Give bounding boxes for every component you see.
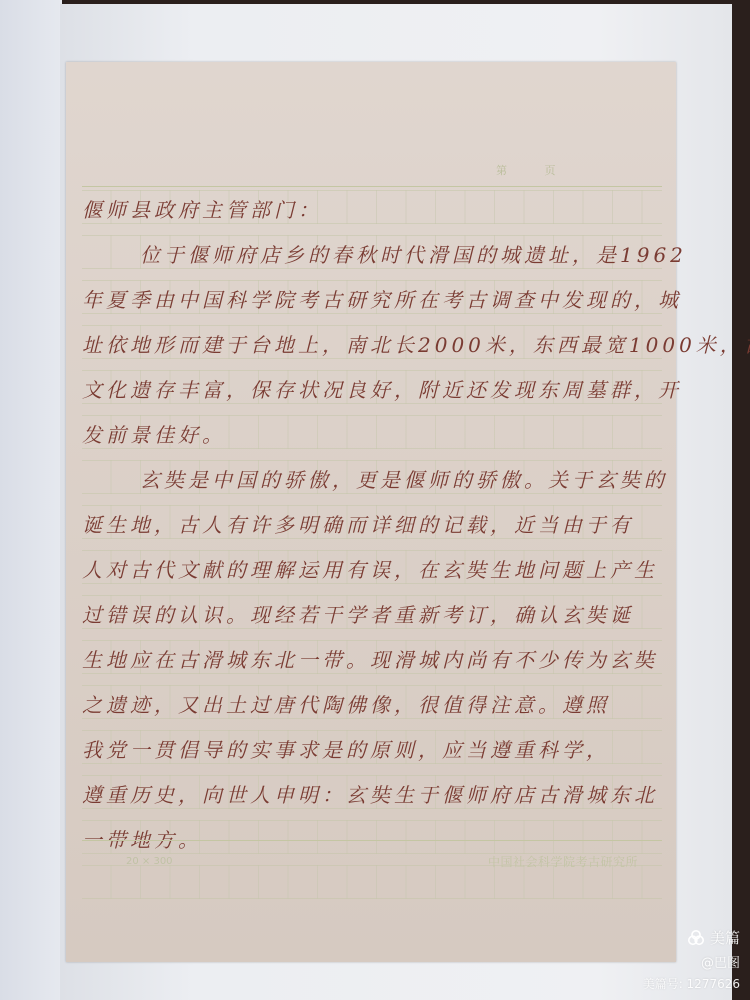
grid-row: 偃师县政府主管部门： — [82, 190, 662, 224]
grid-row: 遵重历史，向世人申明：玄奘生于偃师府店古滑城东北 — [82, 775, 662, 809]
paragraph-line: 人对古代文献的理解运用有误，在玄奘生地问题上产生 — [82, 554, 662, 583]
paragraph-line: 之遗迹，又出土过唐代陶佛像，很值得注意。遵照 — [82, 689, 662, 718]
meipian-logo-icon — [687, 929, 705, 947]
paragraph-line: 诞生地，古人有许多明确而详细的记载，近当由于有 — [82, 509, 662, 538]
paragraph-line: 生地应在古滑城东北一带。现滑城内尚有不少传为玄奘 — [82, 644, 662, 673]
grid-row: 我党一贯倡导的实事求是的原则，应当遵重科学， — [82, 730, 662, 764]
grid-row: 生地应在古滑城东北一带。现滑城内尚有不少传为玄奘 — [82, 640, 662, 674]
paragraph-line: 位于偃师府店乡的春秋时代滑国的城遗址，是1962 — [82, 239, 662, 268]
watermark-brand: 美篇 — [643, 927, 740, 948]
grid-row: 之遗迹，又出土过唐代陶佛像，很值得注意。遵照 — [82, 685, 662, 719]
manuscript-paper: 第 页 偃师县政府主管部门： 位于偃师府店乡的春秋时代滑国的城遗址，是1962 … — [66, 62, 676, 962]
grid-row: 址依地形而建于台地上，南北长2000米，东西最宽1000米，古 — [82, 325, 662, 359]
writing-grid: 偃师县政府主管部门： 位于偃师府店乡的春秋时代滑国的城遗址，是1962 年夏季由… — [82, 190, 662, 836]
paragraph-line: 址依地形而建于台地上，南北长2000米，东西最宽1000米，古 — [82, 329, 662, 358]
paragraph-line: 年夏季由中国科学院考古研究所在考古调查中发现的，城 — [82, 284, 662, 313]
paragraph-line: 我党一贯倡导的实事求是的原则，应当遵重科学， — [82, 734, 662, 763]
grid-row: 诞生地，古人有许多明确而详细的记载，近当由于有 — [82, 505, 662, 539]
paragraph-line: 文化遗存丰富，保存状况良好，附近还发现东周墓群，开 — [82, 374, 662, 403]
paragraph-line: 一带地方。 — [82, 824, 662, 853]
sheet-format-label: 20 × 300 — [126, 856, 173, 867]
grid-row-empty — [82, 865, 662, 899]
grid-row: 年夏季由中国科学院考古研究所在考古调查中发现的，城 — [82, 280, 662, 314]
left-page-edge — [0, 0, 62, 1000]
grid-row: 发前景佳好。 — [82, 415, 662, 449]
header-rule — [82, 186, 662, 187]
watermark-author: @巴图 — [643, 952, 740, 971]
grid-row: 玄奘是中国的骄傲，更是偃师的骄傲。关于玄奘的 — [82, 460, 662, 494]
grid-row: 文化遗存丰富，保存状况良好，附近还发现东周墓群，开 — [82, 370, 662, 404]
grid-row: 过错误的认识。现经若干学者重新考订，确认玄奘诞 — [82, 595, 662, 629]
salutation: 偃师县政府主管部门： — [82, 194, 662, 223]
watermark-id: 美篇号: 1277626 — [643, 975, 740, 992]
paragraph-line: 遵重历史，向世人申明：玄奘生于偃师府店古滑城东北 — [82, 779, 662, 808]
page-number-label: 第 页 — [496, 162, 589, 178]
paragraph-line: 玄奘是中国的骄傲，更是偃师的骄傲。关于玄奘的 — [82, 464, 662, 493]
paragraph-line: 发前景佳好。 — [82, 419, 662, 448]
grid-row: 位于偃师府店乡的春秋时代滑国的城遗址，是1962 — [82, 235, 662, 269]
grid-row: 人对古代文献的理解运用有误，在玄奘生地问题上产生 — [82, 550, 662, 584]
meipian-watermark: 美篇 @巴图 美篇号: 1277626 — [643, 927, 740, 992]
grid-row: 一带地方。 — [82, 820, 662, 854]
paragraph-line: 过错误的认识。现经若干学者重新考订，确认玄奘诞 — [82, 599, 662, 628]
institution-imprint: 中国社会科学院考古研究所 — [488, 853, 638, 870]
footer-rule — [82, 840, 662, 841]
